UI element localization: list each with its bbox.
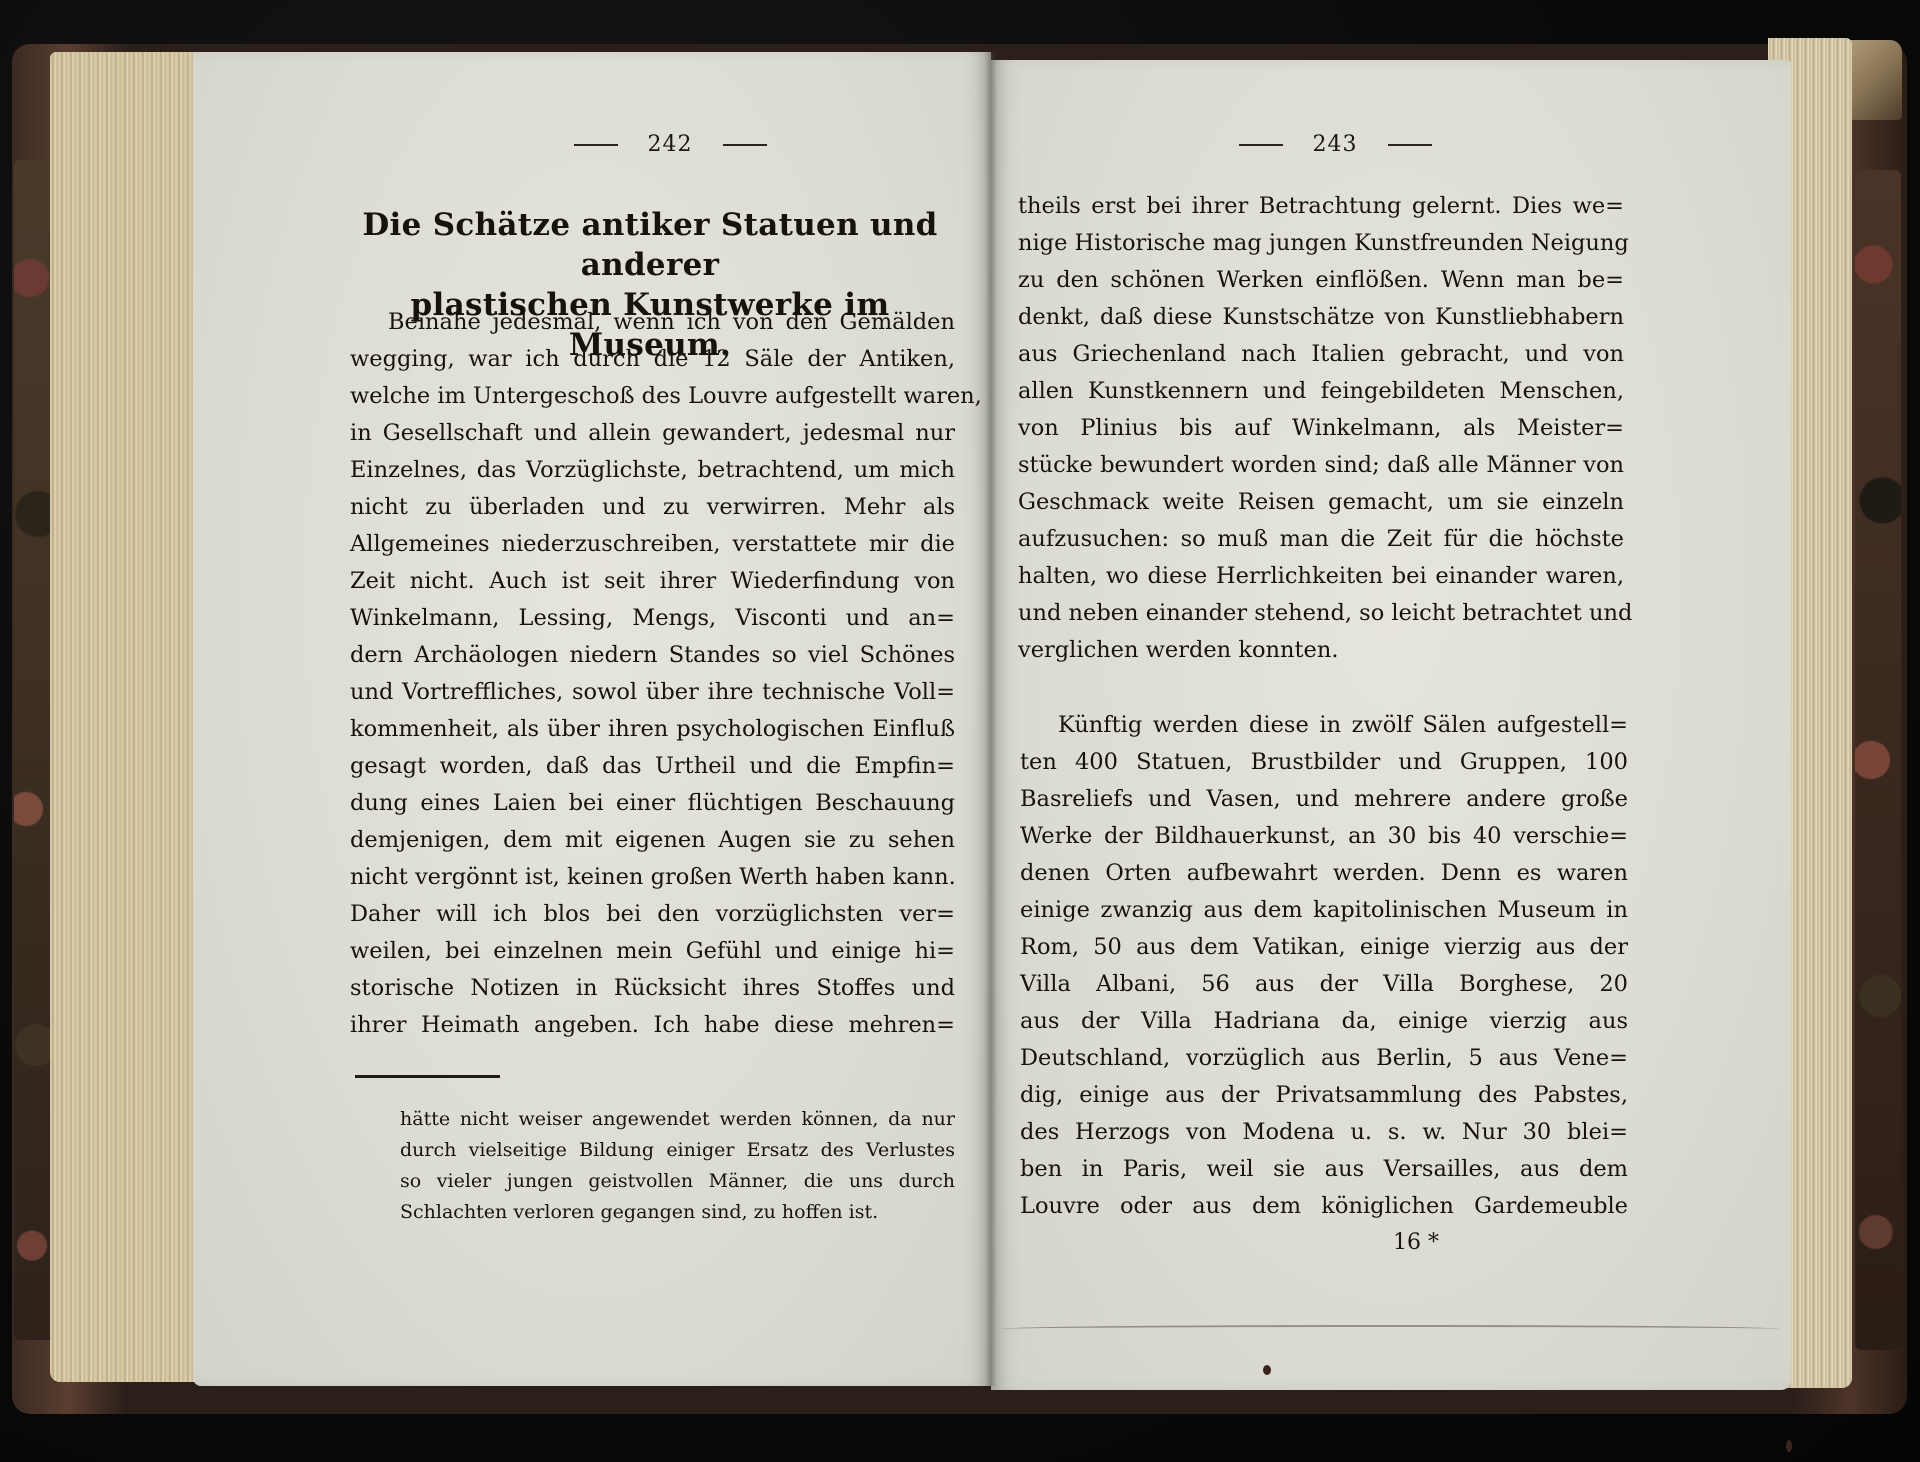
text-line: ben in Paris, weil sie aus Versailles, a… [1020, 1151, 1628, 1188]
footnote-text: hätte nicht weiser angewendet werden kön… [400, 1104, 955, 1228]
text-line: Villa Albani, 56 aus der Villa Borghese,… [1020, 966, 1628, 1003]
text-line: nicht zu überladen und zu verwirren. Meh… [350, 489, 955, 526]
page-number-left: 242 [540, 132, 800, 157]
text-line: zu den schönen Werken einflößen. Wenn ma… [1018, 262, 1624, 299]
folio-dash [574, 144, 618, 146]
right-paragraph-1: theils erst bei ihrer Betrachtung gelern… [1018, 188, 1624, 669]
text-line: aus der Villa Hadriana da, einige vierzi… [1020, 1003, 1628, 1040]
text-line: von Plinius bis auf Winkelmann, als Meis… [1018, 410, 1624, 447]
heading-line: Die Schätze antiker Statuen und anderer [345, 205, 955, 285]
footnote-line: so vieler jungen geistvollen Männer, die… [400, 1166, 955, 1197]
text-line: aufzusuchen: so muß man die Zeit für die… [1018, 521, 1624, 558]
text-line: demjenigen, dem mit eigenen Augen sie zu… [350, 822, 955, 859]
text-line: halten, wo diese Herrlichkeiten bei eina… [1018, 558, 1624, 595]
ink-spot [1263, 1365, 1271, 1375]
text-line: wegging, war ich durch die 12 Säle der A… [350, 341, 955, 378]
ink-spot [1786, 1440, 1792, 1452]
text-line: dern Archäologen niedern Standes so viel… [350, 637, 955, 674]
text-line: Werke der Bildhauerkunst, an 30 bis 40 v… [1020, 818, 1628, 855]
book-gutter [985, 52, 997, 1386]
text-line: kommenheit, als über ihren psychologisch… [350, 711, 955, 748]
text-line: gesagt worden, daß das Urtheil und die E… [350, 748, 955, 785]
page-number-right: 243 [1205, 132, 1465, 157]
text-line: einige zwanzig aus dem kapitolinischen M… [1020, 892, 1628, 929]
text-line: und neben einander stehend, so leicht be… [1018, 595, 1624, 632]
text-line: ihrer Heimath angeben. Ich habe diese me… [350, 1007, 955, 1044]
footnote-rule [355, 1075, 500, 1078]
text-line: Deutschland, vorzüglich aus Berlin, 5 au… [1020, 1040, 1628, 1077]
text-line: Louvre oder aus dem königlichen Gardemeu… [1020, 1188, 1628, 1225]
text-line: denen Orten aufbewahrt werden. Denn es w… [1020, 855, 1628, 892]
water-stain [1000, 1325, 1780, 1333]
text-line: Winkelmann, Lessing, Mengs, Visconti und… [350, 600, 955, 637]
text-line: weilen, bei einzelnen mein Gefühl und ei… [350, 933, 955, 970]
text-line: theils erst bei ihrer Betrachtung gelern… [1018, 188, 1624, 225]
marbled-cover-left [14, 160, 54, 1340]
text-line: ten 400 Statuen, Brustbilder und Gruppen… [1020, 744, 1628, 781]
text-line: verglichen werden konnten. [1018, 632, 1624, 669]
text-line: welche im Untergeschoß des Louvre aufges… [350, 378, 955, 415]
signature-mark: 16 * [1393, 1230, 1439, 1255]
text-line: Daher will ich blos bei den vorzüglichst… [350, 896, 955, 933]
text-line: Beinahe jedesmal, wenn ich von den Gemäl… [350, 304, 955, 341]
text-line: dung eines Laien bei einer flüchtigen Be… [350, 785, 955, 822]
text-line: Rom, 50 aus dem Vatikan, einige vierzig … [1020, 929, 1628, 966]
text-line: Einzelnes, das Vorzüglichste, betrachten… [350, 452, 955, 489]
folio-dash [723, 144, 767, 146]
text-line: in Gesellschaft und allein gewandert, je… [350, 415, 955, 452]
folio-text: 243 [1313, 132, 1358, 157]
text-line: Allgemeines niederzuschreiben, verstatte… [350, 526, 955, 563]
text-line: und Vortreffliches, sowol über ihre tech… [350, 674, 955, 711]
text-line: storische Notizen in Rücksicht ihres Sto… [350, 970, 955, 1007]
text-line: Künftig werden diese in zwölf Sälen aufg… [1020, 707, 1628, 744]
footnote-line: durch vielseitige Bildung einiger Ersatz… [400, 1135, 955, 1166]
text-line: nige Historische mag jungen Kunstfreunde… [1018, 225, 1624, 262]
text-line: Geschmack weite Reisen gemacht, um sie e… [1018, 484, 1624, 521]
text-line: des Herzogs von Modena u. s. w. Nur 30 b… [1020, 1114, 1628, 1151]
text-line: nicht vergönnt ist, keinen großen Werth … [350, 859, 955, 896]
page-edges-left [50, 52, 196, 1382]
right-paragraph-2: Künftig werden diese in zwölf Sälen aufg… [1020, 707, 1628, 1225]
folio-text: 242 [648, 132, 693, 157]
text-line: allen Kunstkennern und feingebildeten Me… [1018, 373, 1624, 410]
text-line: Basreliefs und Vasen, und mehrere andere… [1020, 781, 1628, 818]
marbled-cover-right [1855, 170, 1901, 1350]
folio-dash [1239, 144, 1283, 146]
footnote-line: Schlachten verloren gegangen sind, zu ho… [400, 1197, 955, 1228]
text-line: dig, einige aus der Privatsammlung des P… [1020, 1077, 1628, 1114]
folio-dash [1388, 144, 1432, 146]
text-line: aus Griechenland nach Italien gebracht, … [1018, 336, 1624, 373]
left-body-text: Beinahe jedesmal, wenn ich von den Gemäl… [350, 304, 955, 1044]
text-line: Zeit nicht. Auch ist seit ihrer Wiederfi… [350, 563, 955, 600]
footnote-line: hätte nicht weiser angewendet werden kön… [400, 1104, 955, 1135]
text-line: stücke bewundert worden sind; daß alle M… [1018, 447, 1624, 484]
text-line: denkt, daß diese Kunstschätze von Kunstl… [1018, 299, 1624, 336]
